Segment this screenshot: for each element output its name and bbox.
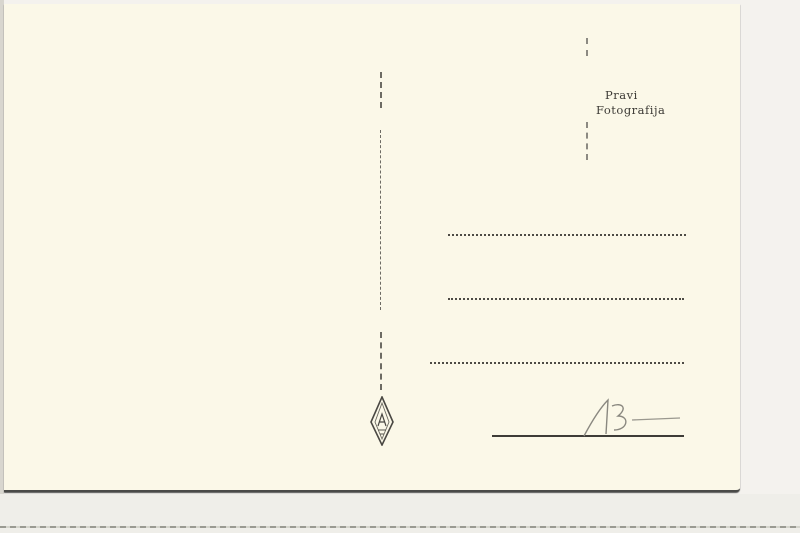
diamond-publisher-logo-icon — [370, 396, 394, 446]
publisher-line-1: Pravi — [596, 88, 665, 103]
publisher-imprint: Pravi Fotografija — [596, 88, 665, 118]
center-divider-middle — [380, 130, 381, 310]
stamp-box-mark-bottom — [586, 122, 588, 160]
address-line-3 — [430, 362, 684, 364]
address-line-1 — [448, 234, 686, 236]
stamp-box-mark-top — [586, 38, 588, 56]
handwritten-number-13 — [582, 396, 682, 438]
center-divider-bottom — [380, 332, 382, 390]
center-divider-top — [380, 72, 382, 108]
publisher-line-2: Fotografija — [596, 103, 665, 118]
scan-bottom-border — [0, 526, 800, 528]
address-line-2 — [448, 298, 684, 300]
